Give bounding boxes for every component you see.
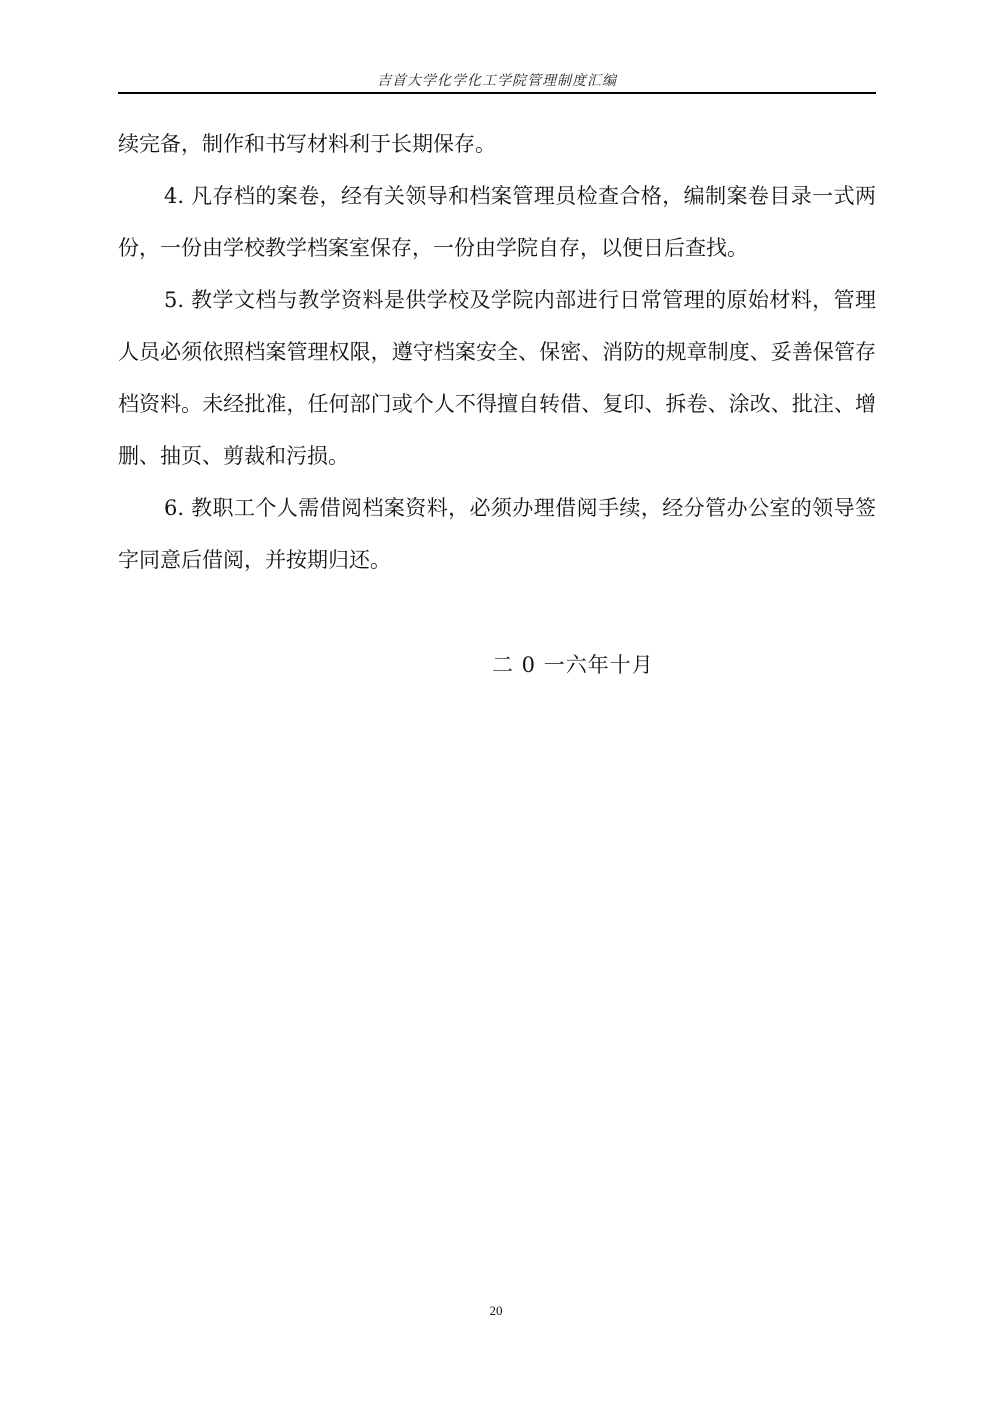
page-number: 20: [0, 1303, 992, 1319]
document-body: 续完备，制作和书写材料利于长期保存。 4. 凡存档的案卷，经有关领导和档案管理员…: [118, 118, 876, 586]
paragraph-item-4: 4. 凡存档的案卷，经有关领导和档案管理员检查合格，编制案卷目录一式两份，一份由…: [118, 170, 876, 274]
paragraph-item-6: 6. 教职工个人需借阅档案资料，必须办理借阅手续，经分管办公室的领导签字同意后借…: [118, 482, 876, 586]
paragraph-item-5: 5. 教学文档与教学资料是供学校及学院内部进行日常管理的原始材料，管理人员必须依…: [118, 274, 876, 482]
running-header: 吉首大学化学化工学院管理制度汇编: [118, 70, 876, 90]
paragraph-continuation: 续完备，制作和书写材料利于长期保存。: [118, 118, 876, 170]
header-divider: [118, 92, 876, 94]
document-date: 二 0 一六年十月: [492, 645, 654, 685]
